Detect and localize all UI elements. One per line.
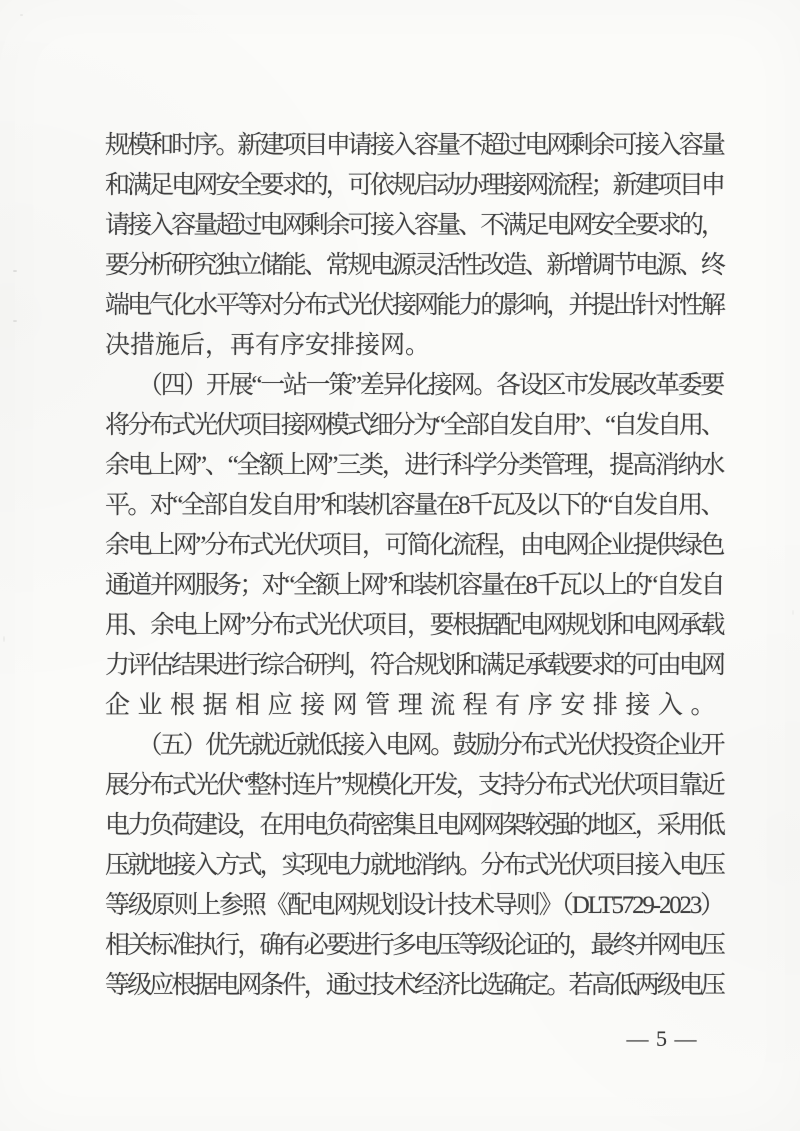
document-line: 用、余电上网”分布式光伏项目，要根据配电网规划和电网承载 — [105, 606, 723, 646]
document-line-text: 企业根据相应接网管理流程有序安排接入。 — [105, 686, 723, 726]
document-line: 请接入容量超过电网剩余可接入容量、不满足电网安全要求的， — [105, 206, 723, 246]
document-line: （五）优先就近就低接入电网。鼓励分布式光伏投资企业开 — [105, 726, 723, 766]
document-line: 决措施后，再有序安排接网。 — [105, 326, 723, 366]
document-line-text: 展分布式光伏“整村连片”规模化开发，支持分布式光伏项目靠近 — [105, 766, 723, 806]
document-line: 平。对“全部自发自用”和装机容量在8千瓦及以下的“自发自用、 — [105, 486, 723, 526]
document-line: 等级应根据电网条件，通过技术经济比选确定。若高低两级电压 — [105, 966, 723, 1006]
document-line-text: 平。对“全部自发自用”和装机容量在8千瓦及以下的“自发自用、 — [105, 486, 723, 526]
document-line-text: 余电上网”、“全额上网”三类，进行科学分类管理，提高消纳水 — [105, 446, 723, 486]
document-line: 和满足电网安全要求的，可依规启动办理接网流程；新建项目申 — [105, 166, 723, 206]
document-line: 展分布式光伏“整村连片”规模化开发，支持分布式光伏项目靠近 — [105, 766, 723, 806]
document-line-text: 等级原则上参照《配电网规划设计技术导则》（DLT5729-2023） — [105, 886, 723, 926]
document-line-text: 余电上网”分布式光伏项目，可简化流程，由电网企业提供绿色 — [105, 526, 723, 566]
scan-artifact — [792, 610, 794, 615]
document-body: 规模和时序。新建项目申请接入容量不超过电网剩余可接入容量和满足电网安全要求的，可… — [105, 126, 723, 1006]
document-line-text: 规模和时序。新建项目申请接入容量不超过电网剩余可接入容量 — [105, 126, 723, 166]
document-line-text: 通道并网服务；对“全额上网”和装机容量在8千瓦以上的“自发自 — [105, 566, 723, 606]
document-line: 企业根据相应接网管理流程有序安排接入。 — [105, 686, 723, 726]
page-number: — 5 — — [620, 1026, 704, 1052]
scanned-document-page: 规模和时序。新建项目申请接入容量不超过电网剩余可接入容量和满足电网安全要求的，可… — [0, 0, 800, 1131]
document-line: （四）开展“一站一策”差异化接网。各设区市发展改革委要 — [105, 366, 723, 406]
document-line: 通道并网服务；对“全额上网”和装机容量在8千瓦以上的“自发自 — [105, 566, 723, 606]
document-line: 相关标准执行，确有必要进行多电压等级论证的，最终并网电压 — [105, 926, 723, 966]
document-line: 力评估结果进行综合研判，符合规划和满足承载要求的可由电网 — [105, 646, 723, 686]
document-line-text: 相关标准执行，确有必要进行多电压等级论证的，最终并网电压 — [105, 926, 723, 966]
document-line-text: 和满足电网安全要求的，可依规启动办理接网流程；新建项目申 — [105, 166, 723, 206]
document-line: 等级原则上参照《配电网规划设计技术导则》（DLT5729-2023） — [105, 886, 723, 926]
document-line: 要分析研究独立储能、常规电源灵活性改造、新增调节电源、终 — [105, 246, 723, 286]
document-line: 余电上网”、“全额上网”三类，进行科学分类管理，提高消纳水 — [105, 446, 723, 486]
document-line-text: 力评估结果进行综合研判，符合规划和满足承载要求的可由电网 — [105, 646, 723, 686]
scan-artifact — [20, 14, 23, 16]
document-line: 规模和时序。新建项目申请接入容量不超过电网剩余可接入容量 — [105, 126, 723, 166]
document-line-text: 用、余电上网”分布式光伏项目，要根据配电网规划和电网承载 — [105, 606, 723, 646]
scan-artifact — [13, 320, 17, 322]
document-line-text: 电力负荷建设，在用电负荷密集且电网网架较强的地区，采用低 — [105, 806, 723, 846]
document-line-text: 等级应根据电网条件，通过技术经济比选确定。若高低两级电压 — [105, 966, 723, 1006]
document-line-text: 压就地接入方式，实现电力就地消纳。分布式光伏项目接入电压 — [105, 846, 723, 886]
document-line-text: 将分布式光伏项目接网模式细分为“全部自发自用”、“自发自用、 — [105, 406, 723, 446]
document-line-text: 请接入容量超过电网剩余可接入容量、不满足电网安全要求的， — [105, 206, 723, 246]
document-line-text: （四）开展“一站一策”差异化接网。各设区市发展改革委要 — [105, 366, 723, 406]
document-line-text: 要分析研究独立储能、常规电源灵活性改造、新增调节电源、终 — [105, 246, 723, 286]
document-line: 压就地接入方式，实现电力就地消纳。分布式光伏项目接入电压 — [105, 846, 723, 886]
document-line-text: （五）优先就近就低接入电网。鼓励分布式光伏投资企业开 — [105, 726, 723, 766]
document-line: 电力负荷建设，在用电负荷密集且电网网架较强的地区，采用低 — [105, 806, 723, 846]
document-line-text: 决措施后，再有序安排接网。 — [105, 326, 430, 366]
document-line: 将分布式光伏项目接网模式细分为“全部自发自用”、“自发自用、 — [105, 406, 723, 446]
document-line: 端电气化水平等对分布式光伏接网能力的影响，并提出针对性解 — [105, 286, 723, 326]
scan-artifact — [3, 636, 5, 642]
scan-artifact — [13, 270, 17, 272]
document-line: 余电上网”分布式光伏项目，可简化流程，由电网企业提供绿色 — [105, 526, 723, 566]
document-line-text: 端电气化水平等对分布式光伏接网能力的影响，并提出针对性解 — [105, 286, 723, 326]
